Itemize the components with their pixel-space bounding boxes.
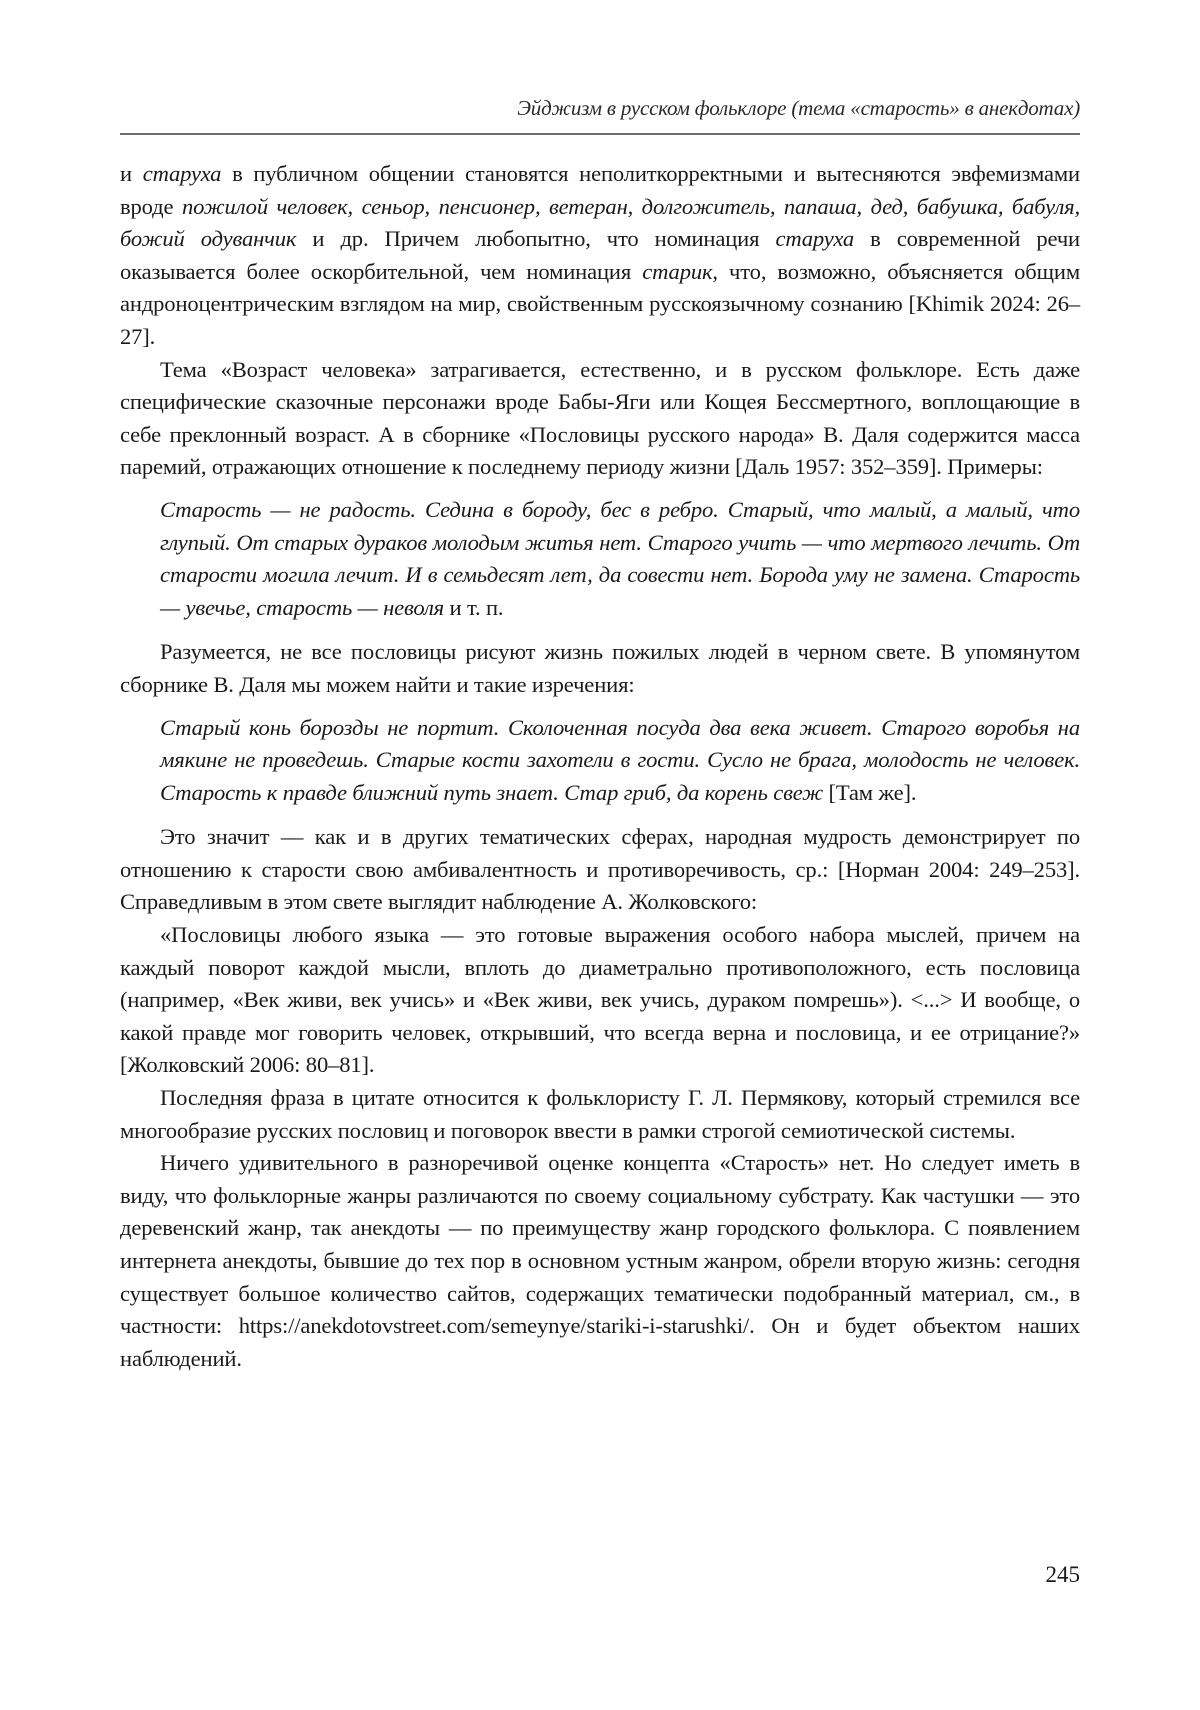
- page-body: и старуха в публичном общении становятся…: [120, 158, 1080, 1375]
- block-quote-2: Старый конь борозды не портит. Сколоченн…: [160, 712, 1080, 810]
- running-head: Эйджизм в русском фольклоре (тема «старо…: [120, 96, 1080, 121]
- paragraph-2: Тема «Возраст человека» затрагивается, е…: [120, 354, 1080, 484]
- block-quote-1: Старость — не радость. Седина в бороду, …: [160, 494, 1080, 624]
- page-number: 245: [1046, 1562, 1081, 1588]
- paragraph-7: Ничего удивительного в разноречивой оцен…: [120, 1147, 1080, 1375]
- paragraph-1: и старуха в публичном общении становятся…: [120, 158, 1080, 354]
- paragraph-4: Это значит — как и в других тематических…: [120, 821, 1080, 919]
- paragraph-6: Последняя фраза в цитате относится к фол…: [120, 1082, 1080, 1147]
- paragraph-3: Разумеется, не все пословицы рисуют жизн…: [120, 636, 1080, 701]
- header-rule: [120, 133, 1080, 135]
- paragraph-5-quotation: «Пословицы любого языка — это готовые вы…: [120, 919, 1080, 1082]
